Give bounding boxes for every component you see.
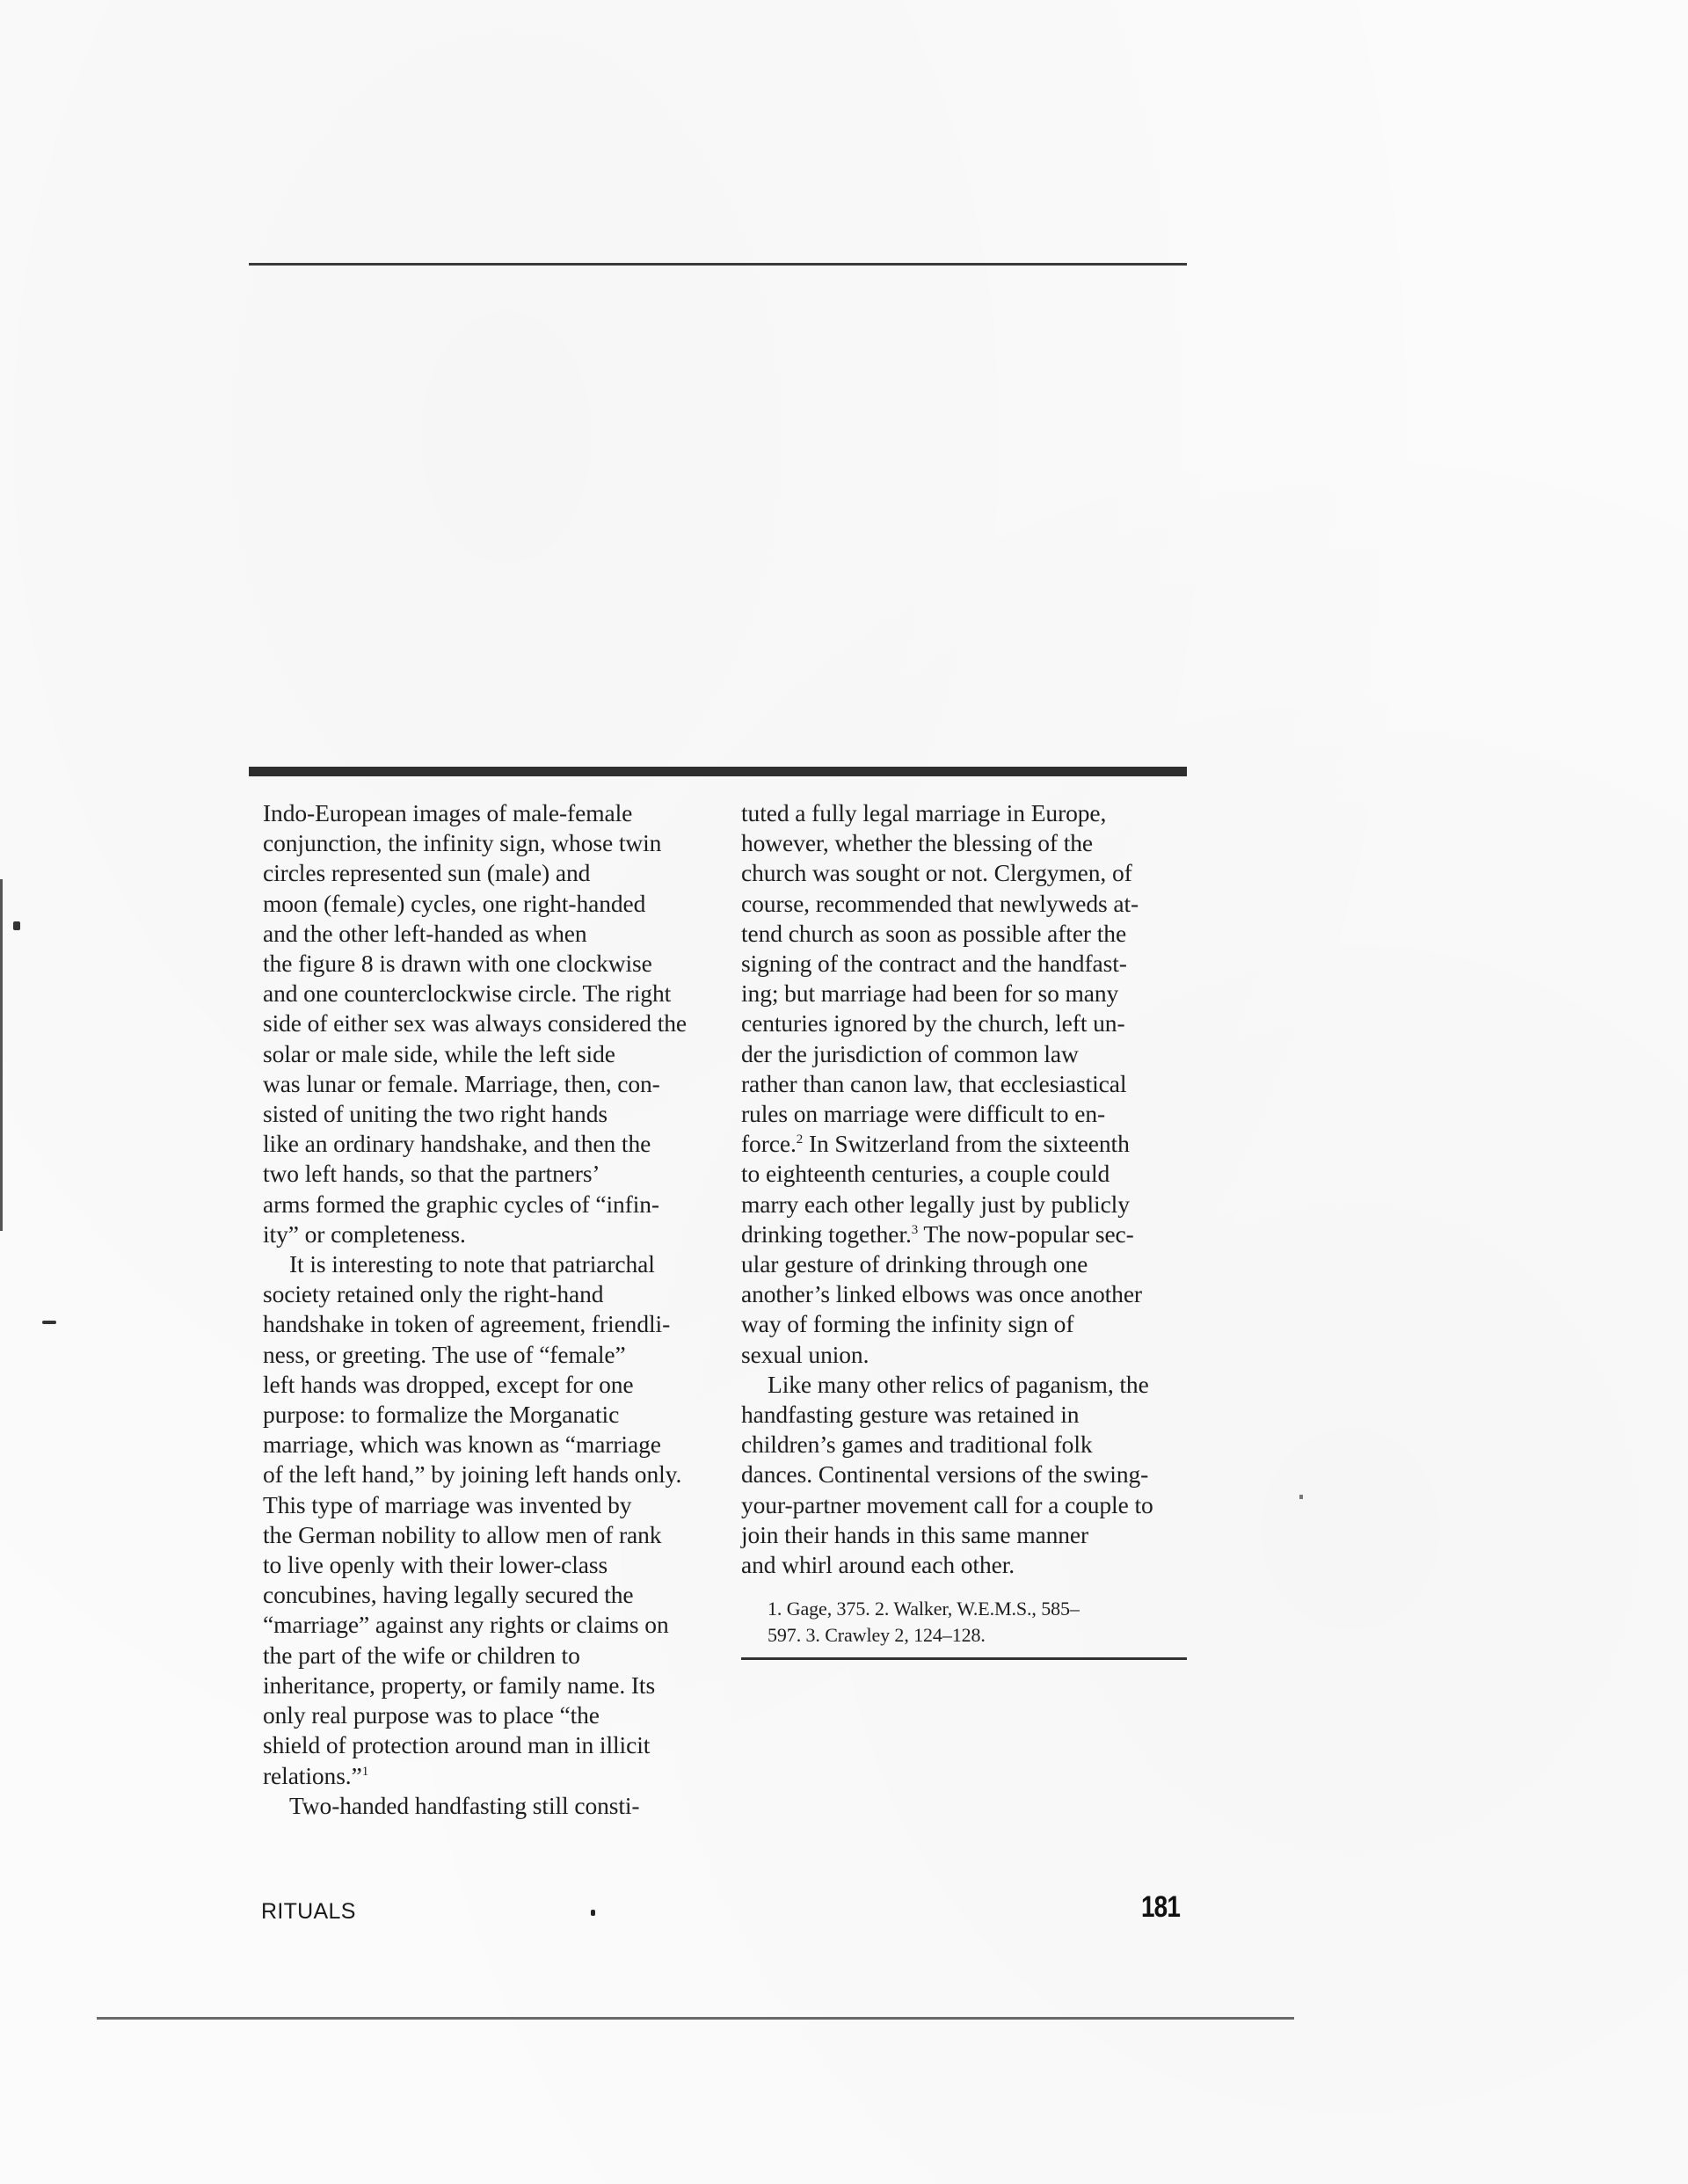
paragraph-start-line: It is interesting to note that patriarch… <box>263 1249 720 1279</box>
text-line: moon (female) cycles, one right-handed <box>263 889 720 919</box>
text-line: signing of the contract and the handfast… <box>741 949 1198 979</box>
scan-edge-shadow <box>0 879 3 1231</box>
text-line: dances. Continental versions of the swin… <box>741 1460 1198 1489</box>
text-line: concubines, having legally secured the <box>263 1580 720 1610</box>
text-line: and the other left-handed as when <box>263 919 720 949</box>
text-line: rules on marriage were difficult to en- <box>741 1099 1198 1129</box>
scan-speck <box>42 1321 56 1324</box>
running-footer-section: RITUALS <box>261 1899 356 1925</box>
text-line: sexual union. <box>741 1340 1198 1370</box>
footnote-divider <box>741 1657 1187 1660</box>
text-line: only real purpose was to place “the <box>263 1700 720 1730</box>
text-line: however, whether the blessing of the <box>741 828 1198 858</box>
text-line: to eighteenth centuries, a couple could <box>741 1159 1198 1189</box>
scan-speck <box>13 921 20 930</box>
text-line: another’s linked elbows was once another <box>741 1279 1198 1309</box>
text-line: ness, or greeting. The use of “female” <box>263 1340 720 1370</box>
text-line-with-footnote: force.2 In Switzerland from the sixteent… <box>741 1129 1198 1159</box>
left-text-column: Indo-European images of male-female conj… <box>263 798 720 1821</box>
text-line: inheritance, property, or family name. I… <box>263 1671 720 1700</box>
page-number: 181 <box>1141 1890 1180 1925</box>
footnote-reference: 1 <box>362 1765 368 1779</box>
text-line: handfasting gesture was retained in <box>741 1400 1198 1430</box>
text-fragment: In Switzerland from the sixteenth <box>803 1130 1130 1157</box>
text-line: the German nobility to allow men of rank <box>263 1520 720 1550</box>
scan-bottom-edge-line <box>97 2017 1294 2020</box>
text-line: marriage, which was known as “marriage <box>263 1430 720 1460</box>
text-line: children’s games and traditional folk <box>741 1430 1198 1460</box>
paragraph-start-line: Like many other relics of paganism, the <box>741 1370 1198 1400</box>
text-line: and one counterclockwise circle. The rig… <box>263 979 720 1008</box>
footnote-line: 1. Gage, 375. 2. Walker, W.E.M.S., 585– <box>768 1596 1198 1622</box>
text-fragment: The now-popular sec- <box>918 1220 1134 1248</box>
text-line: side of either sex was always considered… <box>263 1008 720 1038</box>
text-line: left hands was dropped, except for one <box>263 1370 720 1400</box>
text-line: and whirl around each other. <box>741 1550 1198 1580</box>
text-line: handshake in token of agreement, friendl… <box>263 1309 720 1339</box>
scan-speck <box>591 1910 595 1916</box>
text-line: centuries ignored by the church, left un… <box>741 1008 1198 1038</box>
top-horizontal-rule <box>249 263 1187 266</box>
text-line: marry each other legally just by publicl… <box>741 1190 1198 1219</box>
text-line: course, recommended that newlyweds at- <box>741 889 1198 919</box>
paragraph-start-line: Two-handed handfasting still consti- <box>263 1791 720 1821</box>
text-line: rather than canon law, that ecclesiastic… <box>741 1069 1198 1099</box>
text-line: was lunar or female. Marriage, then, con… <box>263 1069 720 1099</box>
text-line: to live openly with their lower-class <box>263 1550 720 1580</box>
text-line: This type of marriage was invented by <box>263 1490 720 1520</box>
text-fragment: drinking together. <box>741 1220 912 1248</box>
text-line: two left hands, so that the partners’ <box>263 1159 720 1189</box>
text-line: arms formed the graphic cycles of “infin… <box>263 1190 720 1219</box>
text-line: der the jurisdiction of common law <box>741 1039 1198 1069</box>
text-line: purpose: to formalize the Morganatic <box>263 1400 720 1430</box>
text-line: circles represented sun (male) and <box>263 858 720 888</box>
text-line: ity” or completeness. <box>263 1219 720 1249</box>
text-line: solar or male side, while the left side <box>263 1039 720 1069</box>
text-line: society retained only the right-hand <box>263 1279 720 1309</box>
text-line: the part of the wife or children to <box>263 1641 720 1671</box>
scan-speck <box>1299 1495 1303 1499</box>
right-text-column: tuted a fully legal marriage in Europe, … <box>741 798 1198 1660</box>
text-line: join their hands in this same manner <box>741 1520 1198 1550</box>
text-line: sisted of uniting the two right hands <box>263 1099 720 1129</box>
text-line: way of forming the infinity sign of <box>741 1309 1198 1339</box>
text-line: of the left hand,” by joining left hands… <box>263 1460 720 1489</box>
text-line: shield of protection around man in illic… <box>263 1730 720 1760</box>
text-line: Indo-European images of male-female <box>263 798 720 828</box>
text-fragment: relations.” <box>263 1762 362 1789</box>
text-line: church was sought or not. Clergymen, of <box>741 858 1198 888</box>
section-heavy-rule <box>249 767 1187 776</box>
text-fragment: force. <box>741 1130 797 1157</box>
footnote-line: 597. 3. Crawley 2, 124–128. <box>768 1622 1198 1649</box>
text-line: like an ordinary handshake, and then the <box>263 1129 720 1159</box>
text-line: ing; but marriage had been for so many <box>741 979 1198 1008</box>
text-line: your-partner movement call for a couple … <box>741 1490 1198 1520</box>
text-line: the figure 8 is drawn with one clockwise <box>263 949 720 979</box>
text-line: ular gesture of drinking through one <box>741 1249 1198 1279</box>
text-line: tuted a fully legal marriage in Europe, <box>741 798 1198 828</box>
text-line: conjunction, the infinity sign, whose tw… <box>263 828 720 858</box>
text-line: “marriage” against any rights or claims … <box>263 1610 720 1640</box>
text-line-with-footnote: drinking together.3 The now-popular sec- <box>741 1219 1198 1249</box>
text-line: tend church as soon as possible after th… <box>741 919 1198 949</box>
footnotes-block: 1. Gage, 375. 2. Walker, W.E.M.S., 585– … <box>741 1596 1198 1649</box>
text-line-with-footnote: relations.”1 <box>263 1761 720 1791</box>
